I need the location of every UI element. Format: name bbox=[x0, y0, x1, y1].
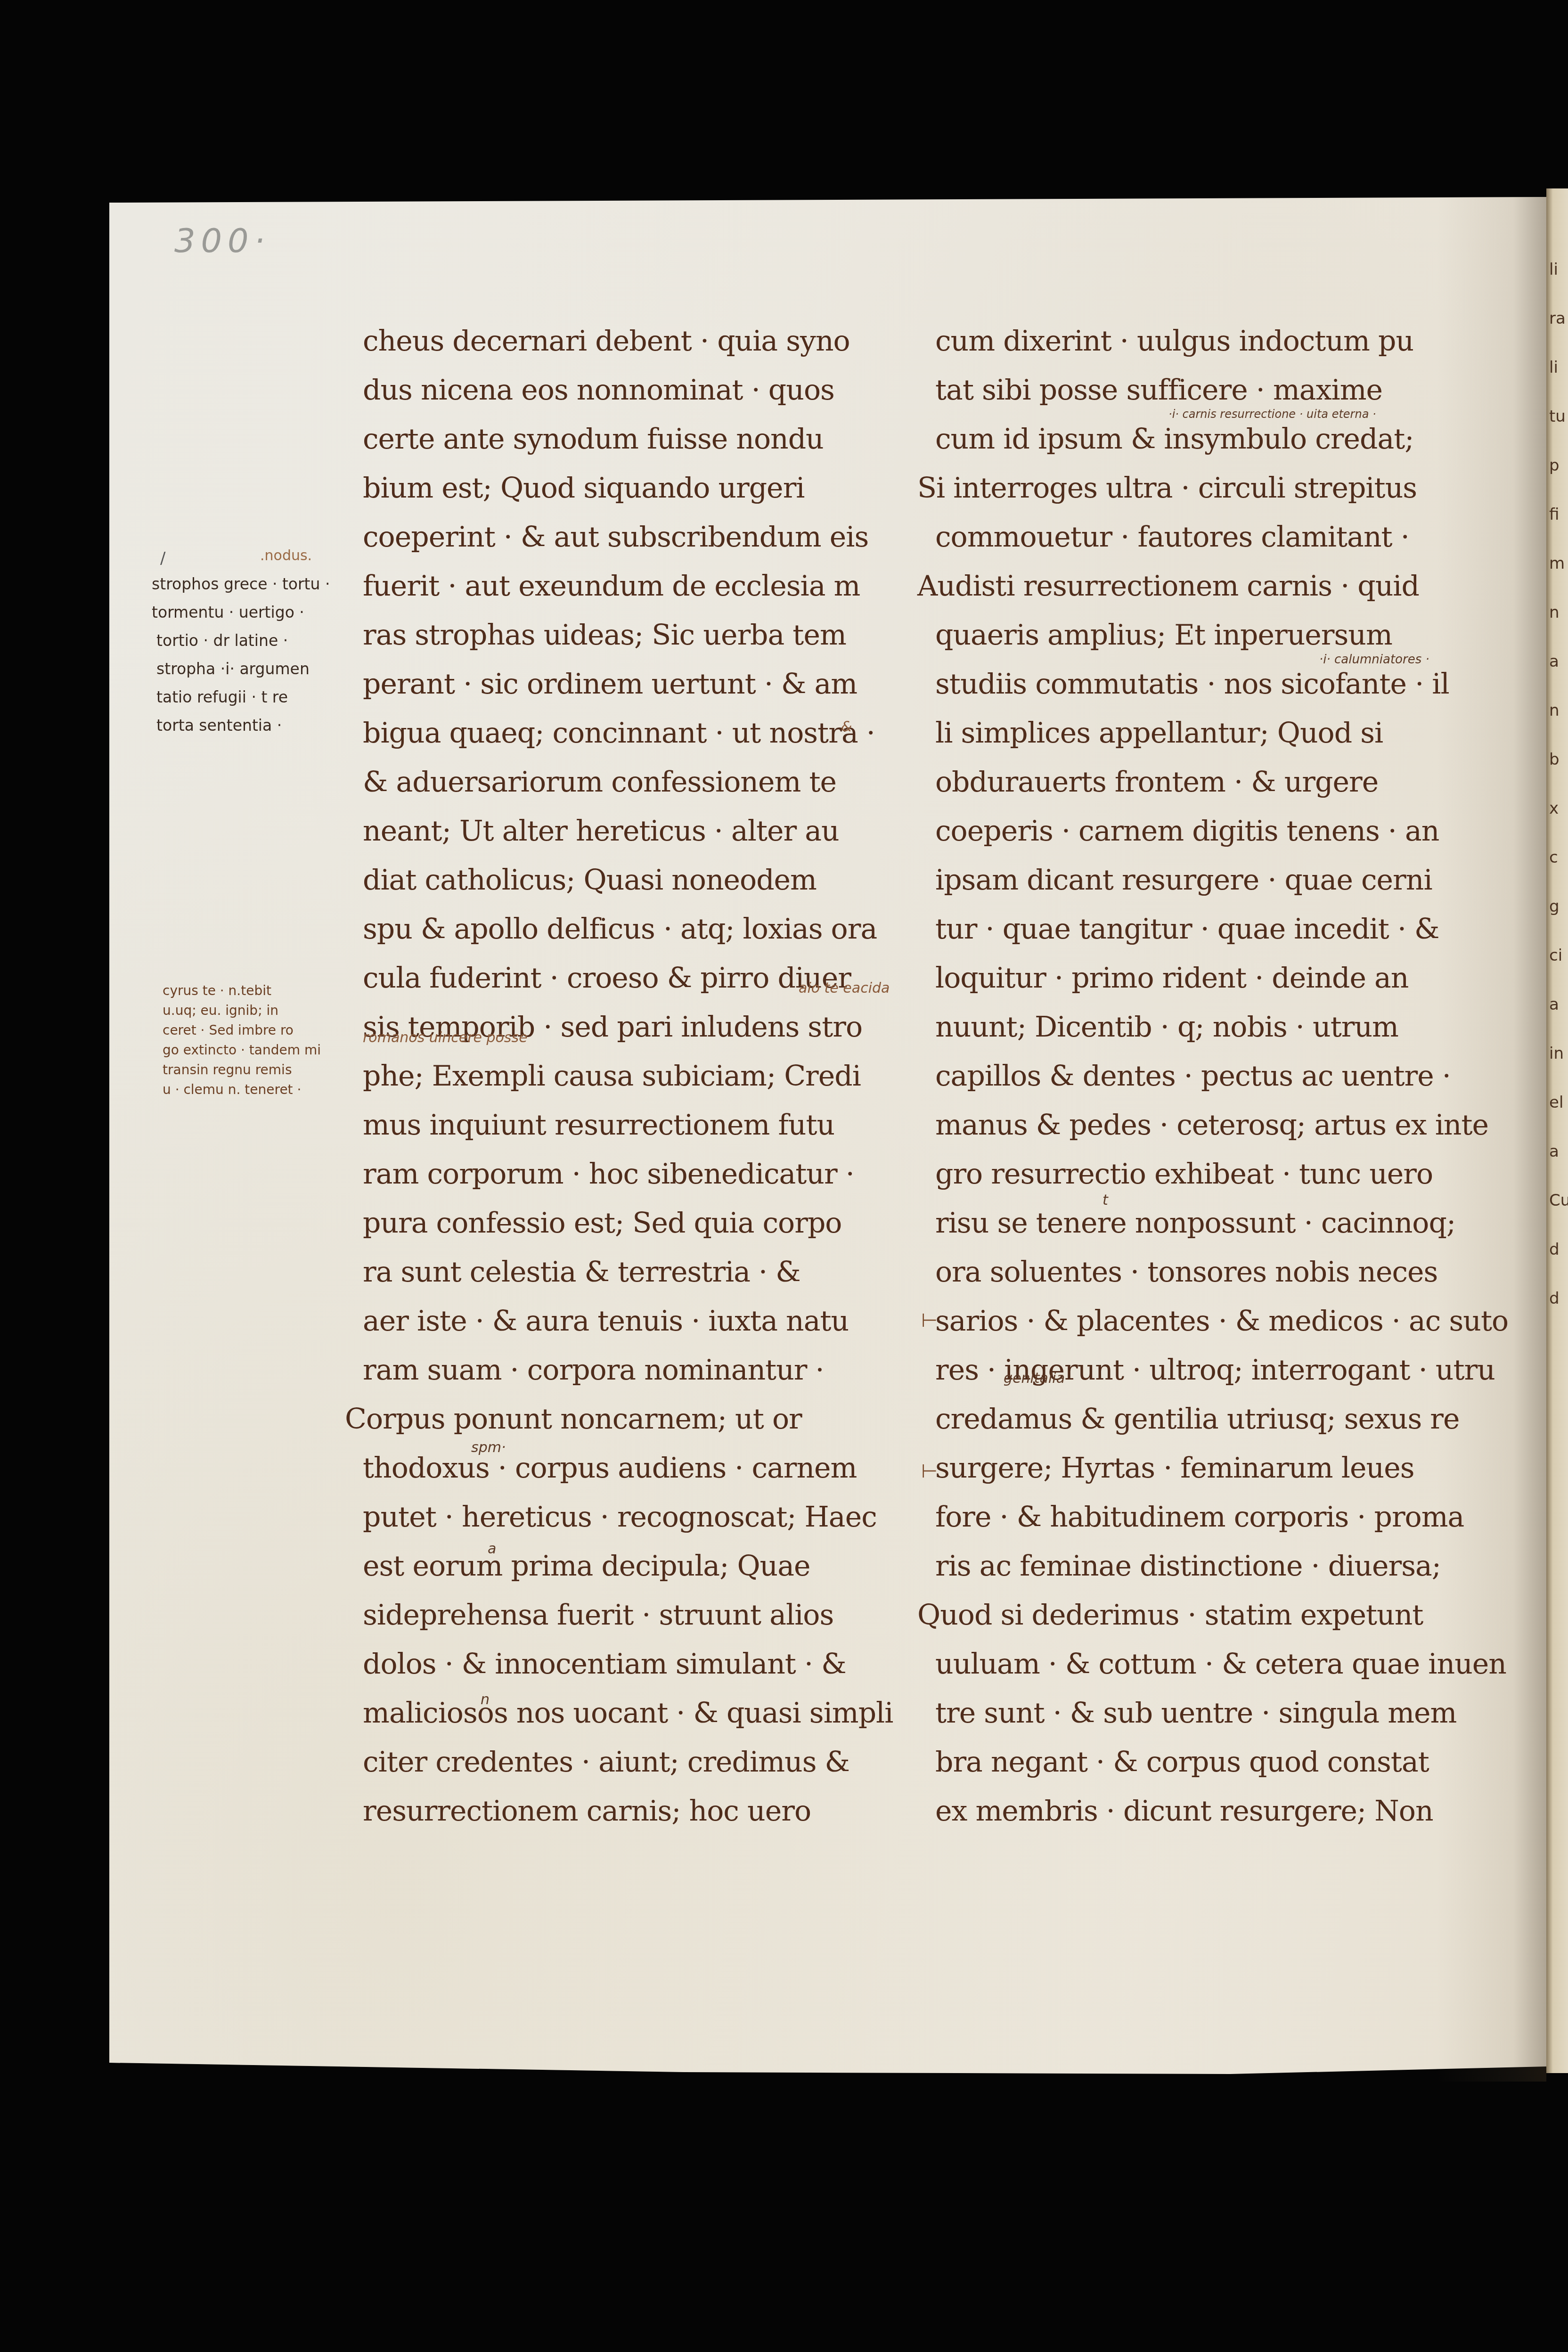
margin-mark: ⊢ bbox=[921, 1310, 938, 1331]
text-line: mus inquiunt resurrectionem futu bbox=[363, 1101, 942, 1150]
text-line: perant · sic ordinem uertunt · & am bbox=[363, 660, 942, 709]
text-line: surgere; Hyrtas · feminarum leues bbox=[935, 1444, 1496, 1493]
text-line: dolos · & innocentiam simulant · & bbox=[363, 1640, 942, 1689]
text-line: ex membris · dicunt resurgere; Non bbox=[935, 1787, 1496, 1836]
text-line: pura confessio est; Sed quia corpo bbox=[363, 1199, 942, 1248]
edge-letter: li bbox=[1549, 343, 1568, 392]
text-line: maliciosos nos uocant · & quasi simpli bbox=[363, 1689, 942, 1738]
text-line: ris ac feminae distinctione · diuersa; bbox=[935, 1542, 1496, 1591]
interlinear-gloss: spm· bbox=[471, 1439, 506, 1456]
text-line: ra sunt celestia & terrestria · & bbox=[363, 1248, 942, 1297]
margin-note-line: u.uq; eu. ignib; in bbox=[163, 1001, 375, 1021]
text-line: gro resurrectio exhibeat · tunc uero bbox=[935, 1150, 1496, 1199]
text-line: & aduersariorum confessionem te bbox=[363, 758, 942, 807]
edge-letter: el bbox=[1549, 1078, 1568, 1127]
text-line: loquitur · primo rident · deinde an bbox=[935, 954, 1496, 1003]
edge-letter: d bbox=[1549, 1225, 1568, 1274]
edge-letter: Cu bbox=[1549, 1176, 1568, 1225]
edge-letter: n bbox=[1549, 686, 1568, 735]
edge-letter: x bbox=[1549, 784, 1568, 833]
text-line: li simplices appellantur; Quod si bbox=[935, 709, 1496, 758]
text-line: ras strophas uideas; Sic uerba tem bbox=[363, 611, 942, 660]
text-line: citer credentes · aiunt; credimus & bbox=[363, 1738, 942, 1787]
edge-letter: a bbox=[1549, 637, 1568, 686]
interlinear-gloss: & bbox=[841, 719, 852, 735]
interlinear-gloss: genitalia bbox=[1004, 1370, 1065, 1387]
edge-letter: a bbox=[1549, 980, 1568, 1029]
margin-note-line: go extincto · tandem mi bbox=[163, 1040, 375, 1060]
facing-leaf-text: li ra li tu p fi m n a n b x c g ci a in… bbox=[1549, 245, 1568, 1323]
text-line: fuerit · aut exeundum de ecclesia m bbox=[363, 562, 942, 611]
margin-note-line: torta sententia · bbox=[152, 711, 354, 740]
text-line: ipsam dicant resurgere · quae cerni bbox=[935, 856, 1496, 905]
folio-number: 300· bbox=[174, 221, 270, 260]
text-column-left: cheus decernari debent · quia syno dus n… bbox=[363, 317, 942, 1836]
margin-note-line: tormentu · uertigo · bbox=[152, 598, 354, 627]
text-line: nuunt; Dicentib · q; nobis · utrum bbox=[935, 1003, 1496, 1052]
text-line: cheus decernari debent · quia syno bbox=[363, 317, 942, 366]
text-line: dus nicena eos nonnominat · quos bbox=[363, 366, 942, 415]
text-line: bium est; Quod siquando urgeri bbox=[363, 464, 942, 513]
text-line: tur · quae tangitur · quae incedit · & bbox=[935, 905, 1496, 954]
text-line: risu se tenere nonpossunt · cacinnoq; bbox=[935, 1199, 1496, 1248]
edge-letter: n bbox=[1549, 588, 1568, 637]
edge-letter: m bbox=[1549, 539, 1568, 588]
edge-letter: in bbox=[1549, 1029, 1568, 1078]
text-line: spu & apollo delficus · atq; loxias ora bbox=[363, 905, 942, 954]
text-line: diat catholicus; Quasi noneodem bbox=[363, 856, 942, 905]
text-line: thodoxus · corpus audiens · carnem bbox=[363, 1444, 942, 1493]
margin-note-lead: .nodus. bbox=[152, 542, 354, 570]
margin-note-line: ceret · Sed imbre ro bbox=[163, 1021, 375, 1040]
interlinear-gloss: aio te eacida bbox=[799, 980, 890, 996]
text-line: aer iste · & aura tenuis · iuxta natu bbox=[363, 1297, 942, 1346]
text-line: cum id ipsum & insymbulo credat; bbox=[935, 415, 1496, 464]
text-line: Audisti resurrectionem carnis · quid bbox=[917, 562, 1496, 611]
text-line: Quod si dederimus · statim expetunt bbox=[917, 1591, 1496, 1640]
text-line: capillos & dentes · pectus ac uentre · bbox=[935, 1052, 1496, 1101]
text-line: coeperis · carnem digitis tenens · an bbox=[935, 807, 1496, 856]
text-line: tre sunt · & sub uentre · singula mem bbox=[935, 1689, 1496, 1738]
edge-letter: ci bbox=[1549, 931, 1568, 980]
margin-mark: / bbox=[160, 549, 165, 568]
edge-letter: ra bbox=[1549, 294, 1568, 343]
text-line: est eorum prima decipula; Quae bbox=[363, 1542, 942, 1591]
margin-note-line: cyrus te · n.tebit bbox=[163, 981, 375, 1001]
interlinear-gloss: romanos uincere posse bbox=[363, 1029, 528, 1046]
text-line: commouetur · fautores clamitant · bbox=[935, 513, 1496, 562]
text-line: phe; Exempli causa subiciam; Credi bbox=[363, 1052, 942, 1101]
margin-note-line: tortio · dr latine · bbox=[152, 627, 354, 655]
text-line: resurrectionem carnis; hoc uero bbox=[363, 1787, 942, 1836]
text-line: sideprehensa fuerit · struunt alios bbox=[363, 1591, 942, 1640]
text-line: credamus & gentilia utriusq; sexus re bbox=[935, 1395, 1496, 1444]
edge-letter: g bbox=[1549, 882, 1568, 931]
text-line: coeperint · & aut subscribendum eis bbox=[363, 513, 942, 562]
text-line: sarios · & placentes · & medicos · ac su… bbox=[935, 1297, 1496, 1346]
text-line: bigua quaeq; concinnant · ut nostra · bbox=[363, 709, 942, 758]
margin-note-line: tatio refugii · t re bbox=[152, 683, 354, 711]
edge-letter: c bbox=[1549, 833, 1568, 882]
margin-note-cyrus: cyrus te · n.tebit u.uq; eu. ignib; in c… bbox=[163, 961, 375, 1100]
text-line: ora soluentes · tonsores nobis neces bbox=[935, 1248, 1496, 1297]
text-line: putet · hereticus · recognoscat; Haec bbox=[363, 1493, 942, 1542]
text-line: manus & pedes · ceterosq; artus ex inte bbox=[935, 1101, 1496, 1150]
edge-letter: d bbox=[1549, 1274, 1568, 1323]
interlinear-gloss: n bbox=[481, 1691, 490, 1708]
margin-mark: ⊢ bbox=[921, 1461, 938, 1482]
text-line: fore · & habitudinem corporis · proma bbox=[935, 1493, 1496, 1542]
text-line: obdurauerts frontem · & urgere bbox=[935, 758, 1496, 807]
text-line: cum dixerint · uulgus indoctum pu bbox=[935, 317, 1496, 366]
edge-letter: a bbox=[1549, 1127, 1568, 1176]
edge-letter: fi bbox=[1549, 490, 1568, 539]
text-line: Si interroges ultra · circuli strepitus bbox=[917, 464, 1496, 513]
text-column-right: cum dixerint · uulgus indoctum pu tat si… bbox=[935, 317, 1496, 1836]
interlinear-gloss: ·i· calumniatores · bbox=[1319, 653, 1429, 667]
text-line: ram corporum · hoc sibenedicatur · bbox=[363, 1150, 942, 1199]
text-line: studiis commutatis · nos sicofante · il bbox=[935, 660, 1496, 709]
margin-note-strophos: .nodus. strophos grece · tortu · torment… bbox=[152, 542, 354, 740]
text-line: ram suam · corpora nominantur · bbox=[363, 1346, 942, 1395]
text-line: certe ante synodum fuisse nondu bbox=[363, 415, 942, 464]
interlinear-gloss: a bbox=[488, 1541, 496, 1557]
margin-note-line: transin regnu remis bbox=[163, 1060, 375, 1080]
edge-letter: p bbox=[1549, 441, 1568, 490]
margin-note-line: u · clemu n. teneret · bbox=[163, 1080, 375, 1100]
text-line: uuluam · & cottum · & cetera quae inuen bbox=[935, 1640, 1496, 1689]
margin-note-line: strophos grece · tortu · bbox=[152, 570, 354, 598]
margin-note-line: stropha ·i· argumen bbox=[152, 655, 354, 683]
edge-letter: li bbox=[1549, 245, 1568, 294]
text-line: Corpus ponunt noncarnem; ut or bbox=[345, 1395, 942, 1444]
text-line: neant; Ut alter hereticus · alter au bbox=[363, 807, 942, 856]
interlinear-gloss: t bbox=[1102, 1192, 1108, 1209]
edge-letter: tu bbox=[1549, 392, 1568, 441]
text-line: bra negant · & corpus quod constat bbox=[935, 1738, 1496, 1787]
edge-letter: b bbox=[1549, 735, 1568, 784]
interlinear-gloss: ·i· carnis resurrectione · uita eterna · bbox=[1168, 408, 1376, 421]
